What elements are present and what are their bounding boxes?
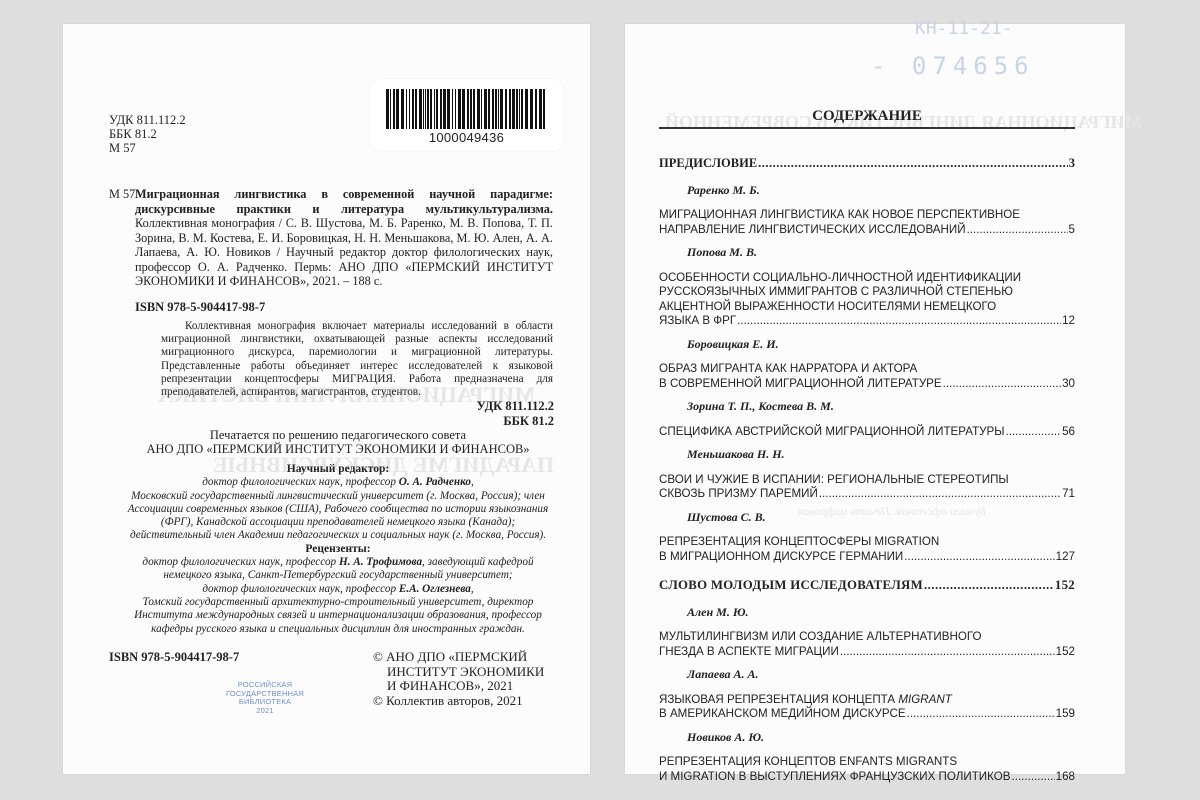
toc-page-number: 5: [1069, 223, 1075, 238]
biblio-description: Коллективная монография / С. В. Шустова,…: [135, 216, 553, 288]
toc-article: РЕПРЕЗЕНТАЦИЯ КОНЦЕПТОВ ENFANTS MIGRANTS…: [659, 755, 1075, 784]
copyright-line: И ФИНАНСОВ», 2021: [373, 679, 544, 694]
bibliographic-record: М 57 Миграционная лингвистика в современ…: [109, 187, 553, 289]
stamp-line: 2021: [215, 707, 315, 716]
inventory-stamp: КН-11-21-: [915, 18, 1013, 39]
leader-dots: [1012, 770, 1055, 785]
right-page-contents: КН-11-21- - 074656 МИГРАЦИОННАЯ ЛИНГВИСТ…: [625, 24, 1125, 774]
toc-article: РЕПРЕЗЕНТАЦИЯ КОНЦЕПТОСФЕРЫ MIGRATIONВ М…: [659, 535, 1075, 564]
toc-page-number: 30: [1062, 377, 1075, 392]
punct: ,: [471, 476, 474, 488]
biblio-mark: М 57: [109, 187, 135, 202]
toc-page-number: 71: [1062, 487, 1075, 502]
toc-page-number: 127: [1056, 550, 1075, 565]
toc-page-number: 152: [1055, 578, 1075, 593]
book-title: Миграционная лингвистика в современной н…: [135, 187, 553, 216]
toc-article-title-line: НАПРАВЛЕНИЕ ЛИНГВИСТИЧЕСКИХ ИССЛЕДОВАНИЙ…: [659, 223, 1075, 238]
editor-degree: доктор филологических наук, профессор: [202, 476, 399, 488]
udk-code: УДК 811.112.2: [477, 399, 554, 414]
udk-code: УДК 811.112.2: [109, 113, 186, 127]
reviewer-name: Е.А. Оглезнева: [399, 583, 471, 595]
punct: ,: [471, 583, 474, 595]
leader-dots: [924, 578, 1054, 593]
reviewer-name: Н. А. Трофимова: [339, 556, 422, 568]
copyright-line: ИНСТИТУТ ЭКОНОМИКИ: [373, 665, 544, 680]
publication-approval: Печатается по решению педагогического со…: [123, 428, 553, 456]
toc-page-number: 3: [1069, 156, 1075, 171]
toc-author: Меньшакова Н. Н.: [659, 447, 1075, 462]
toc-article: ОБРАЗ МИГРАНТА КАК НАРРАТОРА И АКТОРАВ С…: [659, 362, 1075, 391]
reviewer-details: Томский государственный архитектурно-стр…: [123, 596, 553, 636]
toc-author: Попова М. В.: [659, 245, 1075, 260]
toc-article-title-line: ГНЕЗДА В АСПЕКТЕ МИГРАЦИИ152: [659, 645, 1075, 660]
leader-dots: [943, 377, 1061, 392]
toc-article: ЯЗЫКОВАЯ РЕПРЕЗЕНТАЦИЯ КОНЦЕПТА MIGRANTВ…: [659, 693, 1075, 722]
approval-line: Печатается по решению педагогического со…: [123, 428, 553, 442]
leader-dots: [758, 156, 1068, 171]
toc-article-title-line: МИГРАЦИОННАЯ ЛИНГВИСТИКА КАК НОВОЕ ПЕРСП…: [659, 208, 1075, 223]
toc-author: Ален М. Ю.: [659, 605, 1075, 620]
toc-article-title-line: СПЕЦИФИКА АВСТРИЙСКОЙ МИГРАЦИОННОЙ ЛИТЕР…: [659, 425, 1075, 440]
editor-details: Московский государственный лингвистическ…: [123, 490, 553, 543]
leader-dots: [819, 487, 1061, 502]
toc-author: Новиков А. Ю.: [659, 730, 1075, 745]
leader-dots: [907, 707, 1055, 722]
leader-dots: [1006, 425, 1062, 440]
table-of-contents: ПРЕДИСЛОВИЕ3Раренко М. Б.МИГРАЦИОННАЯ ЛИ…: [659, 156, 1075, 792]
toc-article-title-line: В СОВРЕМЕННОЙ МИГРАЦИОННОЙ ЛИТЕРАТУРЕ30: [659, 377, 1075, 392]
toc-page-number: 152: [1056, 645, 1075, 660]
toc-article: МИГРАЦИОННАЯ ЛИНГВИСТИКА КАК НОВОЕ ПЕРСП…: [659, 208, 1075, 237]
editor-and-reviewers: Научный редактор: доктор филологических …: [123, 463, 553, 636]
reviewer-degree: доктор филологических наук, профессор: [202, 583, 399, 595]
toc-article-title-line: СВОИ И ЧУЖИЕ В ИСПАНИИ: РЕГИОНАЛЬНЫЕ СТЕ…: [659, 473, 1075, 488]
toc-section-title: ПРЕДИСЛОВИЕ: [659, 156, 757, 171]
toc-article: ОСОБЕННОСТИ СОЦИАЛЬНО-ЛИЧНОСТНОЙ ИДЕНТИФ…: [659, 271, 1075, 329]
toc-author: Зорина Т. П., Костева В. М.: [659, 399, 1075, 414]
bbk-code: ББК 81.2: [109, 127, 186, 141]
toc-article: СВОИ И ЧУЖИЕ В ИСПАНИИ: РЕГИОНАЛЬНЫЕ СТЕ…: [659, 473, 1075, 502]
reviewer-degree: доктор филологических наук, профессор: [142, 556, 339, 568]
toc-section: ПРЕДИСЛОВИЕ3: [659, 156, 1075, 171]
author-mark: М 57: [109, 141, 186, 155]
annotation: Коллективная монография включает материа…: [161, 320, 553, 399]
copyright: © АНО ДПО «ПЕРМСКИЙ ИНСТИТУТ ЭКОНОМИКИ И…: [373, 650, 544, 708]
editor-name: О. А. Радченко: [399, 476, 471, 488]
barcode-icon: [386, 89, 546, 129]
toc-article-title-line: АКЦЕНТНОЙ ВЫРАЖЕННОСТИ НОСИТЕЛЯМИ НЕМЕЦК…: [659, 300, 1075, 315]
left-page-imprint: МИГРАЦИОННАЯ ЛИНГВИСТИКА ПАРАДИГМЕ ДИСКУ…: [63, 24, 590, 774]
editor-heading: Научный редактор:: [123, 463, 553, 476]
toc-author: Раренко М. Б.: [659, 183, 1075, 198]
reviewers-heading: Рецензенты:: [123, 543, 553, 556]
toc-article-title-line: В МИГРАЦИОННОМ ДИСКУРСЕ ГЕРМАНИИ127: [659, 550, 1075, 565]
toc-author: Лапаева А. А.: [659, 667, 1075, 682]
toc-article: СПЕЦИФИКА АВСТРИЙСКОЙ МИГРАЦИОННОЙ ЛИТЕР…: [659, 425, 1075, 440]
toc-article-title-line: ЯЗЫКА В ФРГ12: [659, 314, 1075, 329]
toc-page-number: 159: [1056, 707, 1075, 722]
toc-page-number: 168: [1056, 770, 1075, 785]
toc-article-title-line: ОСОБЕННОСТИ СОЦИАЛЬНО-ЛИЧНОСТНОЙ ИДЕНТИФ…: [659, 271, 1075, 286]
toc-article-title-line: ЯЗЫКОВАЯ РЕПРЕЗЕНТАЦИЯ КОНЦЕПТА MIGRANT: [659, 693, 1075, 708]
isbn: ISBN 978-5-904417-98-7: [109, 650, 239, 665]
toc-section-title: СЛОВО МОЛОДЫМ ИССЛЕДОВАТЕЛЯМ: [659, 578, 923, 593]
toc-article-title-line: МУЛЬТИЛИНГВИЗМ ИЛИ СОЗДАНИЕ АЛЬТЕРНАТИВН…: [659, 630, 1075, 645]
copyright-line: © Коллектив авторов, 2021: [373, 694, 544, 709]
toc-article-title-line: РЕПРЕЗЕНТАЦИЯ КОНЦЕПТОВ ENFANTS MIGRANTS: [659, 755, 1075, 770]
leader-dots: [840, 645, 1055, 660]
classification-codes: УДК 811.112.2 ББК 81.2 М 57: [109, 113, 186, 155]
toc-article-title-line: ОБРАЗ МИГРАНТА КАК НАРРАТОРА И АКТОРА: [659, 362, 1075, 377]
bbk-code: ББК 81.2: [477, 414, 554, 429]
leader-dots: [737, 314, 1061, 329]
approval-institution: АНО ДПО «ПЕРМСКИЙ ИНСТИТУТ ЭКОНОМИКИ И Ф…: [123, 442, 553, 456]
isbn: ISBN 978-5-904417-98-7: [135, 300, 265, 315]
barcode-sticker: 1000049436: [370, 79, 563, 151]
leader-dots: [904, 550, 1054, 565]
toc-article-title-line: СКВОЗЬ ПРИЗМУ ПАРЕМИЙ71: [659, 487, 1075, 502]
toc-section: СЛОВО МОЛОДЫМ ИССЛЕДОВАТЕЛЯМ152: [659, 578, 1075, 593]
toc-author: Шустова С. В.: [659, 510, 1075, 525]
toc-page-number: 56: [1062, 425, 1075, 440]
toc-title: СОДЕРЖАНИЕ: [659, 108, 1075, 125]
toc-article-title-line: И MIGRATION В ВЫСТУПЛЕНИЯХ ФРАНЦУЗСКИХ П…: [659, 770, 1075, 785]
toc-page-number: 12: [1062, 314, 1075, 329]
classification-codes-right: УДК 811.112.2 ББК 81.2: [477, 399, 554, 428]
library-stamp: РОССИЙСКАЯ ГОСУДАРСТВЕННАЯ БИБЛИОТЕКА 20…: [215, 681, 315, 715]
copyright-line: © АНО ДПО «ПЕРМСКИЙ: [373, 650, 544, 665]
inventory-number-stamp: - 074656: [871, 52, 1035, 80]
toc-article-title-line: РЕПРЕЗЕНТАЦИЯ КОНЦЕПТОСФЕРЫ MIGRATION: [659, 535, 1075, 550]
toc-article: МУЛЬТИЛИНГВИЗМ ИЛИ СОЗДАНИЕ АЛЬТЕРНАТИВН…: [659, 630, 1075, 659]
toc-divider: [659, 127, 1075, 129]
toc-article-title-line: В АМЕРИКАНСКОМ МЕДИЙНОМ ДИСКУРСЕ159: [659, 707, 1075, 722]
toc-article-title-line: РУССКОЯЗЫЧНЫХ ИММИГРАНТОВ С РАЗЛИЧНОЙ СТ…: [659, 285, 1075, 300]
barcode-number: 1000049436: [370, 130, 563, 145]
leader-dots: [967, 223, 1068, 238]
toc-author: Боровицкая Е. И.: [659, 337, 1075, 352]
